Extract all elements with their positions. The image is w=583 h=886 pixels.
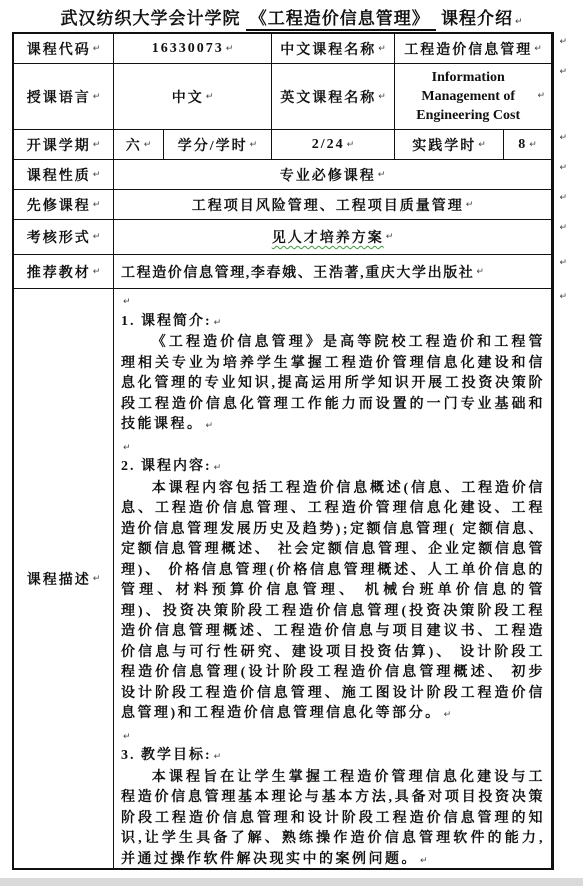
paragraph-mark-icon: ↵ — [93, 140, 101, 150]
paragraph-mark-icon: ↵ — [466, 200, 474, 210]
textbook-label-cell: 推荐教材↵ — [14, 255, 114, 288]
title-prefix: 武汉纺织大学会计学院 — [60, 9, 245, 28]
page-bottom-edge — [0, 878, 583, 886]
paragraph-mark-icon: ↵ — [144, 140, 152, 150]
paragraph-mark-icon: ↵ — [206, 421, 214, 431]
course-code-label: 课程代码 — [27, 39, 91, 59]
paragraph-mark-icon: ↵ — [206, 92, 214, 102]
chinese-name-value-cell: 工程造价信息管理↵ — [395, 34, 552, 63]
course-type-value-cell: 专业必修课程↵ — [114, 160, 552, 189]
paragraph-mark-icon: ↵ — [93, 574, 101, 584]
table-row-assessment: 考核形式↵ 见人才培养方案↵ ↵ — [14, 220, 552, 255]
language-value-cell: 中文↵ — [114, 64, 272, 129]
description-body-cell: ↵ 1. 课程简介:↵ 《工程造价信息管理》是高等院校工程造价和工程管理相关专业… — [114, 289, 552, 868]
row-end-mark-icon: ↵ — [559, 163, 567, 173]
table-row-description: 课程描述↵ ↵ 1. 课程简介:↵ 《工程造价信息管理》是高等院校工程造价和工程… — [14, 289, 552, 868]
credits-hours-label: 学分/学时 — [178, 135, 248, 155]
course-type-label: 课程性质 — [27, 165, 91, 185]
prerequisites-label-cell: 先修课程↵ — [14, 190, 114, 219]
row-end-mark-icon: ↵ — [559, 193, 567, 203]
row-end-mark-icon: ↵ — [559, 67, 567, 77]
paragraph-mark-icon: ↵ — [214, 463, 222, 473]
paragraph-mark-icon: ↵ — [93, 200, 101, 210]
table-row-textbook: 推荐教材↵ 工程造价信息管理,李春娥、王浩著,重庆大学出版社↵ ↵ — [14, 255, 552, 289]
paragraph-mark-icon: ↵ — [250, 140, 258, 150]
chinese-name-label-cell: 中文课程名称↵ — [272, 34, 395, 63]
table-row-language: 授课语言↵ 中文↵ 英文课程名称↵ Information Management… — [14, 64, 552, 130]
practice-hours-label-cell: 实践学时↵ — [395, 130, 504, 159]
textbook-value: 工程造价信息管理,李春娥、王浩著,重庆大学出版社 — [121, 262, 474, 282]
section-2-heading-text: 2. 课程内容: — [121, 459, 212, 474]
credits-hours-value-cell: 2/24↵ — [272, 130, 395, 159]
paragraph-mark-icon: ↵ — [123, 443, 131, 453]
credits-hours-label-cell: 学分/学时↵ — [164, 130, 272, 159]
assessment-value-cell: 见人才培养方案↵ — [114, 220, 552, 254]
table-row-prerequisites: 先修课程↵ 工程项目风险管理、工程项目质量管理↵ ↵ — [14, 190, 552, 220]
language-label-cell: 授课语言↵ — [14, 64, 114, 129]
assessment-label: 考核形式 — [27, 227, 91, 247]
page-title: 武汉纺织大学会计学院 《工程造价信息管理》 课程介绍↵ — [0, 4, 583, 29]
title-course-name-underlined: 《工程造价信息管理》 — [246, 9, 436, 31]
practice-hours-value-cell: 8↵ — [504, 130, 552, 159]
paragraph-mark-icon: ↵ — [420, 856, 428, 866]
semester-value: 六 — [126, 135, 142, 155]
paragraph-mark-icon: ↵ — [537, 87, 545, 106]
table-row-semester-credits: 开课学期↵ 六↵ 学分/学时↵ 2/24↵ 实践学时↵ 8↵ ↵ — [14, 130, 552, 160]
textbook-label: 推荐教材 — [27, 262, 91, 282]
semester-label: 开课学期 — [27, 135, 91, 155]
english-name-label: 英文课程名称 — [280, 87, 376, 107]
language-value: 中文 — [172, 87, 204, 107]
paragraph-mark-icon: ↵ — [123, 732, 131, 742]
table-row-course-code: 课程代码↵ 16330073↵ 中文课程名称↵ 工程造价信息管理↵ ↵ — [14, 34, 552, 64]
paragraph-mark-icon: ↵ — [93, 232, 101, 242]
paragraph-mark-icon: ↵ — [529, 140, 537, 150]
english-name-value-cell: Information Management of Engineering Co… — [395, 64, 552, 129]
course-code-value-cell: 16330073↵ — [114, 34, 272, 63]
practice-hours-value: 8 — [518, 137, 527, 153]
paragraph-mark-icon: ↵ — [347, 140, 355, 150]
semester-value-cell: 六↵ — [114, 130, 164, 159]
section-3-paragraph: 本课程旨在让学生掌握工程造价管理信息化建设与工程造价信息管理基本理论与基本方法,… — [121, 768, 545, 869]
textbook-value-cell: 工程造价信息管理,李春娥、王浩著,重庆大学出版社↵ — [114, 255, 552, 288]
semester-label-cell: 开课学期↵ — [14, 130, 114, 159]
course-type-value: 专业必修课程 — [280, 165, 376, 185]
section-1-heading-text: 1. 课程简介: — [121, 314, 212, 329]
language-label: 授课语言 — [27, 87, 91, 107]
paragraph-mark-icon: ↵ — [214, 318, 222, 328]
description-label: 课程描述 — [27, 569, 91, 589]
practice-hours-label: 实践学时 — [412, 135, 476, 155]
row-end-mark-icon: ↵ — [559, 37, 567, 47]
course-info-table: 课程代码↵ 16330073↵ 中文课程名称↵ 工程造价信息管理↵ ↵ 授课语言… — [12, 32, 554, 870]
chinese-name-label: 中文课程名称 — [280, 39, 376, 59]
description-label-cell: 课程描述↵ — [14, 289, 114, 868]
paragraph-mark-icon: ↵ — [478, 140, 486, 150]
section-2-paragraph: 本课程内容包括工程造价信息概述(信息、工程造价信息、工程造价信息管理、工程造价管… — [121, 479, 545, 726]
section-3-body-text: 本课程旨在让学生掌握工程造价管理信息化建设与工程造价信息管理基本理论与基本方法,… — [121, 770, 545, 867]
section-2-body-text: 本课程内容包括工程造价信息概述(信息、工程造价信息、工程造价信息管理、工程造价管… — [121, 481, 545, 722]
paragraph-mark-icon: ↵ — [93, 267, 101, 277]
section-3-heading-text: 3. 教学目标: — [121, 748, 212, 763]
prerequisites-value: 工程项目风险管理、工程项目质量管理 — [192, 195, 464, 215]
paragraph-mark-icon: ↵ — [476, 267, 484, 277]
assessment-label-cell: 考核形式↵ — [14, 220, 114, 254]
paragraph-mark-icon: ↵ — [93, 44, 101, 54]
empty-paragraph: ↵ — [121, 726, 545, 747]
section-1-heading: 1. 课程简介:↵ — [121, 312, 545, 334]
course-code-value: 16330073 — [152, 41, 224, 57]
section-3-heading: 3. 教学目标:↵ — [121, 746, 545, 768]
paragraph-mark-icon: ↵ — [226, 44, 234, 54]
paragraph-mark-icon: ↵ — [93, 170, 101, 180]
english-name-value: Information Management of Engineering Co… — [401, 68, 535, 125]
document-page: 武汉纺织大学会计学院 《工程造价信息管理》 课程介绍↵ 课程代码↵ 163300… — [0, 0, 583, 886]
assessment-value: 见人才培养方案 — [272, 227, 384, 247]
prerequisites-label: 先修课程 — [27, 195, 91, 215]
paragraph-mark-icon: ↵ — [444, 710, 452, 720]
paragraph-mark-icon: ↵ — [378, 44, 386, 54]
row-end-mark-icon: ↵ — [559, 133, 567, 143]
course-code-label-cell: 课程代码↵ — [14, 34, 114, 63]
empty-paragraph: ↵ — [121, 291, 545, 312]
paragraph-mark-icon: ↵ — [214, 752, 222, 762]
empty-paragraph: ↵ — [121, 437, 545, 458]
chinese-name-value: 工程造价信息管理 — [404, 39, 532, 59]
paragraph-mark-icon: ↵ — [515, 17, 523, 27]
paragraph-mark-icon: ↵ — [378, 170, 386, 180]
section-1-body-text: 《工程造价信息管理》是高等院校工程造价和工程管理相关专业为培养学生掌握工程造价管… — [121, 335, 545, 432]
section-1-paragraph: 《工程造价信息管理》是高等院校工程造价和工程管理相关专业为培养学生掌握工程造价管… — [121, 333, 545, 437]
course-type-label-cell: 课程性质↵ — [14, 160, 114, 189]
paragraph-mark-icon: ↵ — [386, 232, 394, 242]
section-2-heading: 2. 课程内容:↵ — [121, 457, 545, 479]
row-end-mark-icon: ↵ — [559, 258, 567, 268]
paragraph-mark-icon: ↵ — [534, 44, 542, 54]
table-row-course-type: 课程性质↵ 专业必修课程↵ ↵ — [14, 160, 552, 190]
row-end-mark-icon: ↵ — [559, 292, 567, 302]
prerequisites-value-cell: 工程项目风险管理、工程项目质量管理↵ — [114, 190, 552, 219]
paragraph-mark-icon: ↵ — [378, 92, 386, 102]
title-suffix: 课程介绍 — [436, 9, 513, 28]
english-name-label-cell: 英文课程名称↵ — [272, 64, 395, 129]
credits-hours-value: 2/24 — [312, 137, 345, 153]
paragraph-mark-icon: ↵ — [123, 297, 131, 307]
paragraph-mark-icon: ↵ — [93, 92, 101, 102]
row-end-mark-icon: ↵ — [559, 223, 567, 233]
